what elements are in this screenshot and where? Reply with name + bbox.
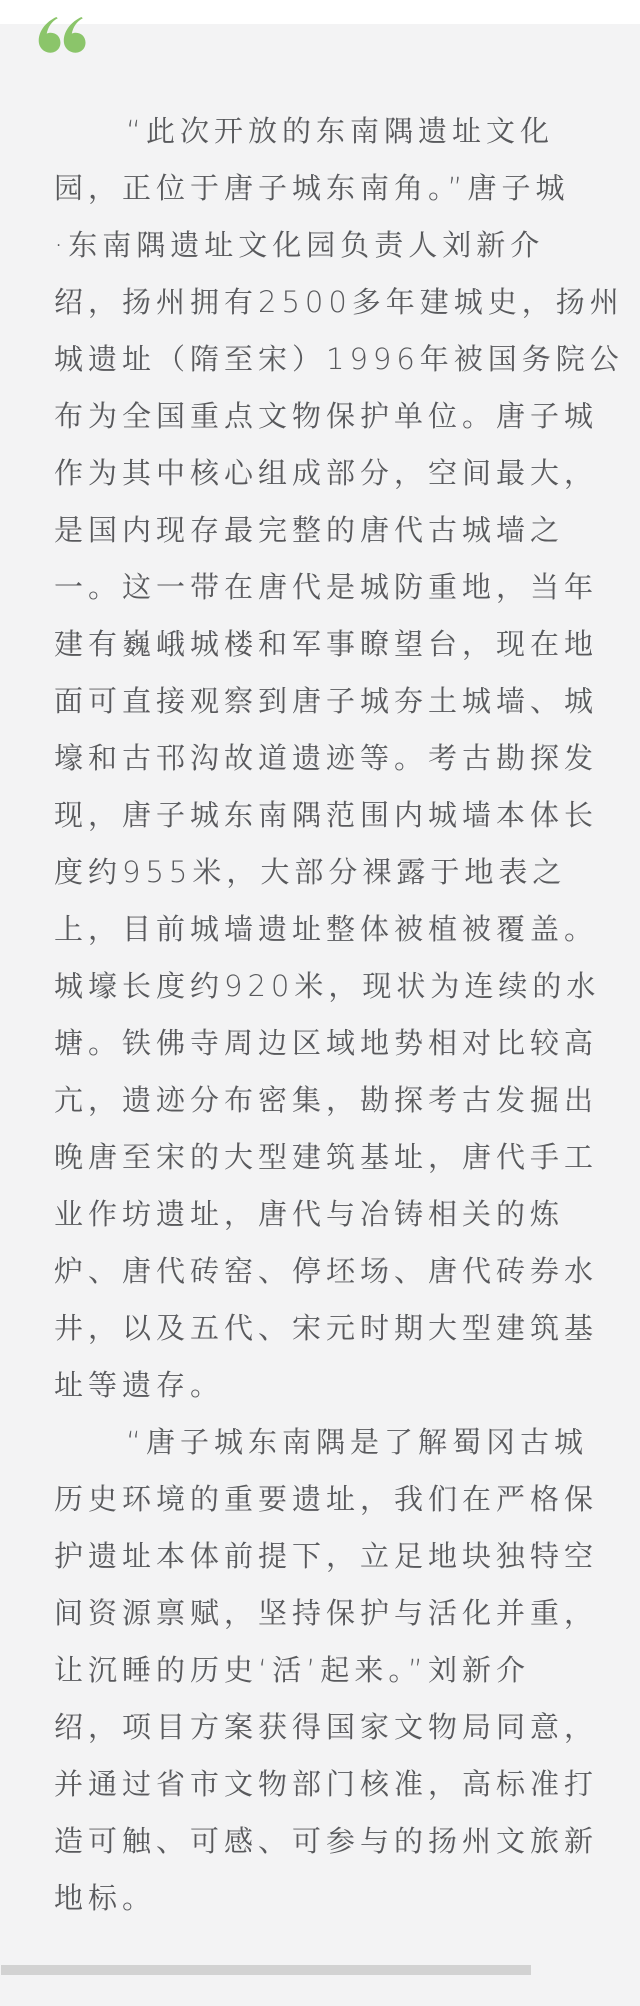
text-line: 井，以及五代、宋元时期大型建筑基 [54,1300,586,1357]
text-line: 是国内现存最完整的唐代古城墙之 [54,502,586,559]
text-line: 现，唐子城东南隅范围内城墙本体长 [54,787,586,844]
text-line: 壕和古邗沟故道遗迹等。考古勘探发 [54,730,586,787]
text-line: 让沉睡的历史‘活’起来。”刘新介 [54,1642,586,1699]
text-line: 地标。 [54,1870,586,1927]
text-line: “唐子城东南隅是了解蜀冈古城 [54,1414,586,1471]
text-line: 绍，扬州拥有2500多年建城史，扬州 [54,274,586,331]
text-line: 上，目前城墙遗址整体被植被覆盖。 [54,901,586,958]
text-line: 炉、唐代砖窑、停坯场、唐代砖券水 [54,1243,586,1300]
paragraph: “此次开放的东南隅遗址文化园，正位于唐子城东南角。”唐子城·东南隅遗址文化园负责… [54,103,586,1414]
text-line: 布为全国重点文物保护单位。唐子城 [54,388,586,445]
text-line: 址等遗存。 [54,1357,586,1414]
blockquote-section: “此次开放的东南隅遗址文化园，正位于唐子城东南角。”唐子城·东南隅遗址文化园负责… [0,24,640,2006]
text-line: 度约955米，大部分裸露于地表之 [54,844,586,901]
text-line: 护遗址本体前提下，立足地块独特空 [54,1528,586,1585]
text-line: 一。这一带在唐代是城防重地，当年 [54,559,586,616]
text-line: 业作坊遗址，唐代与冶铸相关的炼 [54,1186,586,1243]
text-line: 绍，项目方案获得国家文物局同意， [54,1699,586,1756]
text-line: 并通过省市文物部门核准，高标准打 [54,1756,586,1813]
text-line: 塘。铁佛寺周边区域地势相对比较高 [54,1015,586,1072]
text-line: 晚唐至宋的大型建筑基址，唐代手工 [54,1129,586,1186]
text-line: 作为其中核心组成部分，空间最大， [54,445,586,502]
text-line: 历史环境的重要遗址，我们在严格保 [54,1471,586,1528]
text-line: “此次开放的东南隅遗址文化 [54,103,586,160]
text-line: 城遗址（隋至宋）1996年被国务院公 [54,331,586,388]
article-body: “此次开放的东南隅遗址文化园，正位于唐子城东南角。”唐子城·东南隅遗址文化园负责… [0,24,640,1927]
text-line: 造可触、可感、可参与的扬州文旅新 [54,1813,586,1870]
top-white-band [0,0,640,24]
paragraph: “唐子城东南隅是了解蜀冈古城历史环境的重要遗址，我们在严格保护遗址本体前提下，立… [54,1414,586,1927]
text-line: 城壕长度约920米，现状为连续的水 [54,958,586,1015]
text-line: ·东南隅遗址文化园负责人刘新介 [54,217,586,274]
text-line: 间资源禀赋，坚持保护与活化并重， [54,1585,586,1642]
text-line: 园，正位于唐子城东南角。”唐子城 [54,160,586,217]
text-line: 建有巍峨城楼和军事瞭望台，现在地 [54,616,586,673]
opening-double-quote-icon [35,15,87,57]
bottom-divider [1,1965,531,1975]
article-page: “此次开放的东南隅遗址文化园，正位于唐子城东南角。”唐子城·东南隅遗址文化园负责… [0,0,640,2006]
text-line: 亢，遗迹分布密集，勘探考古发掘出 [54,1072,586,1129]
text-line: 面可直接观察到唐子城夯土城墙、城 [54,673,586,730]
